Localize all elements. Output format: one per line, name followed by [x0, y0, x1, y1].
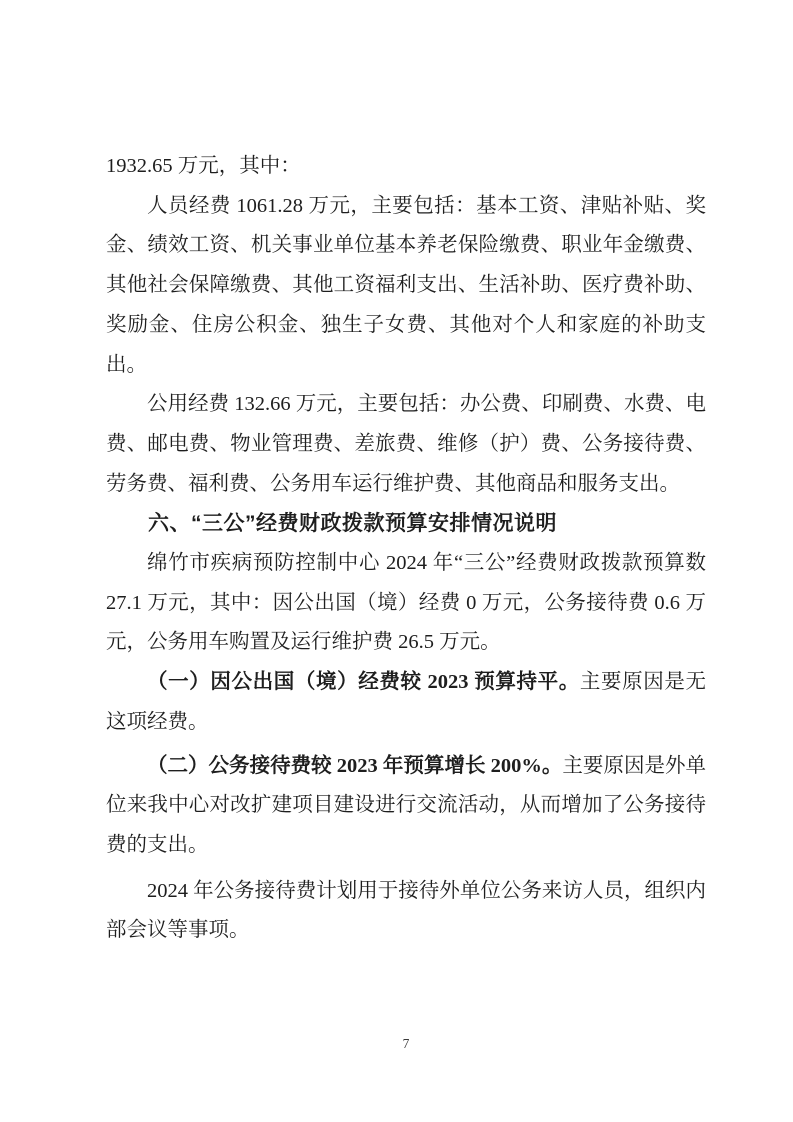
section-heading-six-sangong: 六、“三公”经费财政拨款预算安排情况说明: [106, 504, 706, 544]
paragraph-reception-plan: 2024 年公务接待费计划用于接待外单位公务来访人员，组织内部会议等事项。: [106, 872, 706, 951]
paragraph-carryover-total: 1932.65 万元，其中：: [106, 147, 706, 187]
paragraph-public-expense: 公用经费 132.66 万元，主要包括：办公费、印刷费、水费、电费、邮电费、物业…: [106, 385, 706, 504]
page-number: 7: [106, 1034, 706, 1054]
item-1-bold-lead: （一）因公出国（境）经费较 2023 预算持平。: [147, 671, 580, 693]
document-page: 1932.65 万元，其中： 人员经费 1061.28 万元，主要包括：基本工资…: [0, 0, 793, 1122]
paragraph-item-2-reception-expense: （二）公务接待费较 2023 年预算增长 200%。主要原因是外单位来我中心对改…: [106, 747, 706, 866]
document-body: 1932.65 万元，其中： 人员经费 1061.28 万元，主要包括：基本工资…: [106, 147, 706, 951]
paragraph-item-1-abroad-expense: （一）因公出国（境）经费较 2023 预算持平。主要原因是无这项经费。: [106, 663, 706, 742]
item-2-bold-lead: （二）公务接待费较 2023 年预算增长 200%。: [147, 755, 562, 777]
paragraph-personnel-expense: 人员经费 1061.28 万元，主要包括：基本工资、津贴补贴、奖金、绩效工资、机…: [106, 187, 706, 386]
paragraph-sangong-overview: 绵竹市疾病预防控制中心 2024 年“三公”经费财政拨款预算数 27.1 万元，…: [106, 544, 706, 663]
